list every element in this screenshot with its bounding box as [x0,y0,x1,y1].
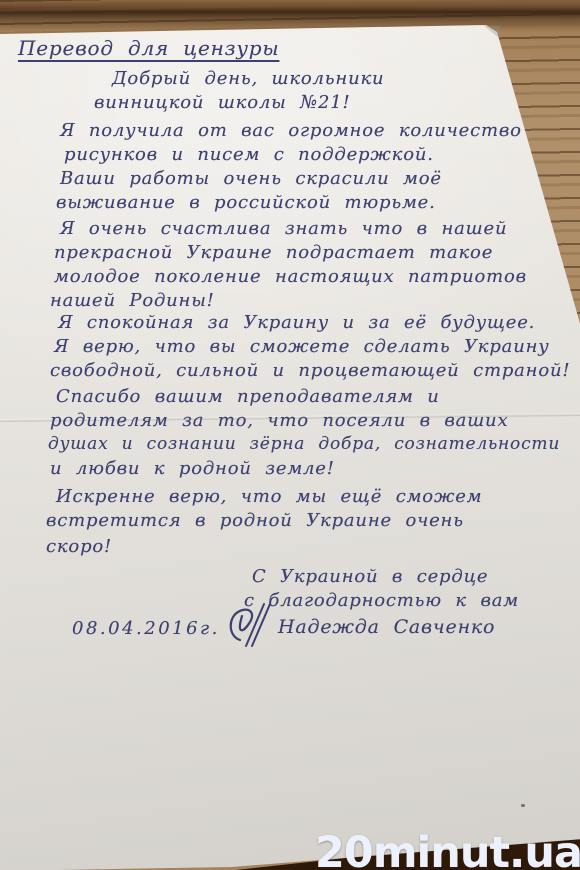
letter-line: рисунков и писем с поддержкой. [64,144,434,165]
letter-line: нашей Родины! [50,290,215,311]
letter-line: прекрасной Украине подрастает такое [54,242,493,263]
letter-line: свободной, сильной и процветающей страно… [50,360,570,381]
letter-line: скоро! [46,536,112,557]
censorship-header: Перевод для цензуры [18,36,279,60]
photo-of-letter: Перевод для цензуры Добрый день, школьни… [0,0,580,870]
letter-line: молодое поколение настоящих патриотов [54,266,527,287]
signature-flourish [226,602,278,648]
handwritten-text-layer: Перевод для цензуры Добрый день, школьни… [0,0,580,870]
signature-name: Надежда Савченко [278,616,495,638]
letter-line: Я получила от вас огромное количество [60,120,522,141]
letter-date: 08.04.2016г. [72,618,220,639]
letter-line: Я очень счастлива знать что в нашей [60,218,507,239]
letter-line: родителям за то, что посеяли в ваших [50,410,508,431]
closing-line-2: с благодарностью к вам [244,590,519,611]
letter-line: Добрый день, школьники [112,68,384,89]
letter-line: Искренне верю, что мы ещё сможем [56,486,482,507]
closing-line-1: С Украиной в сердце [252,566,488,587]
letter-line: и любви к родной земле! [50,458,335,479]
letter-line: Я верю, что вы сможете сделать Украину [54,336,550,357]
letter-line: душах и сознании зёрна добра, сознательн… [48,434,560,454]
letter-line: Спасибо вашим преподавателям и [56,386,440,407]
letter-line: винницкой школы №21! [94,92,351,113]
letter-line: встретится в родной Украине очень [46,510,464,531]
letter-line: выживание в российской тюрьме. [56,192,436,213]
letter-line: Я спокойная за Украину и за её будущее. [58,312,535,333]
letter-line: Ваши работы очень скрасили моё [60,168,442,189]
watermark: 20minut.ua [315,828,580,870]
